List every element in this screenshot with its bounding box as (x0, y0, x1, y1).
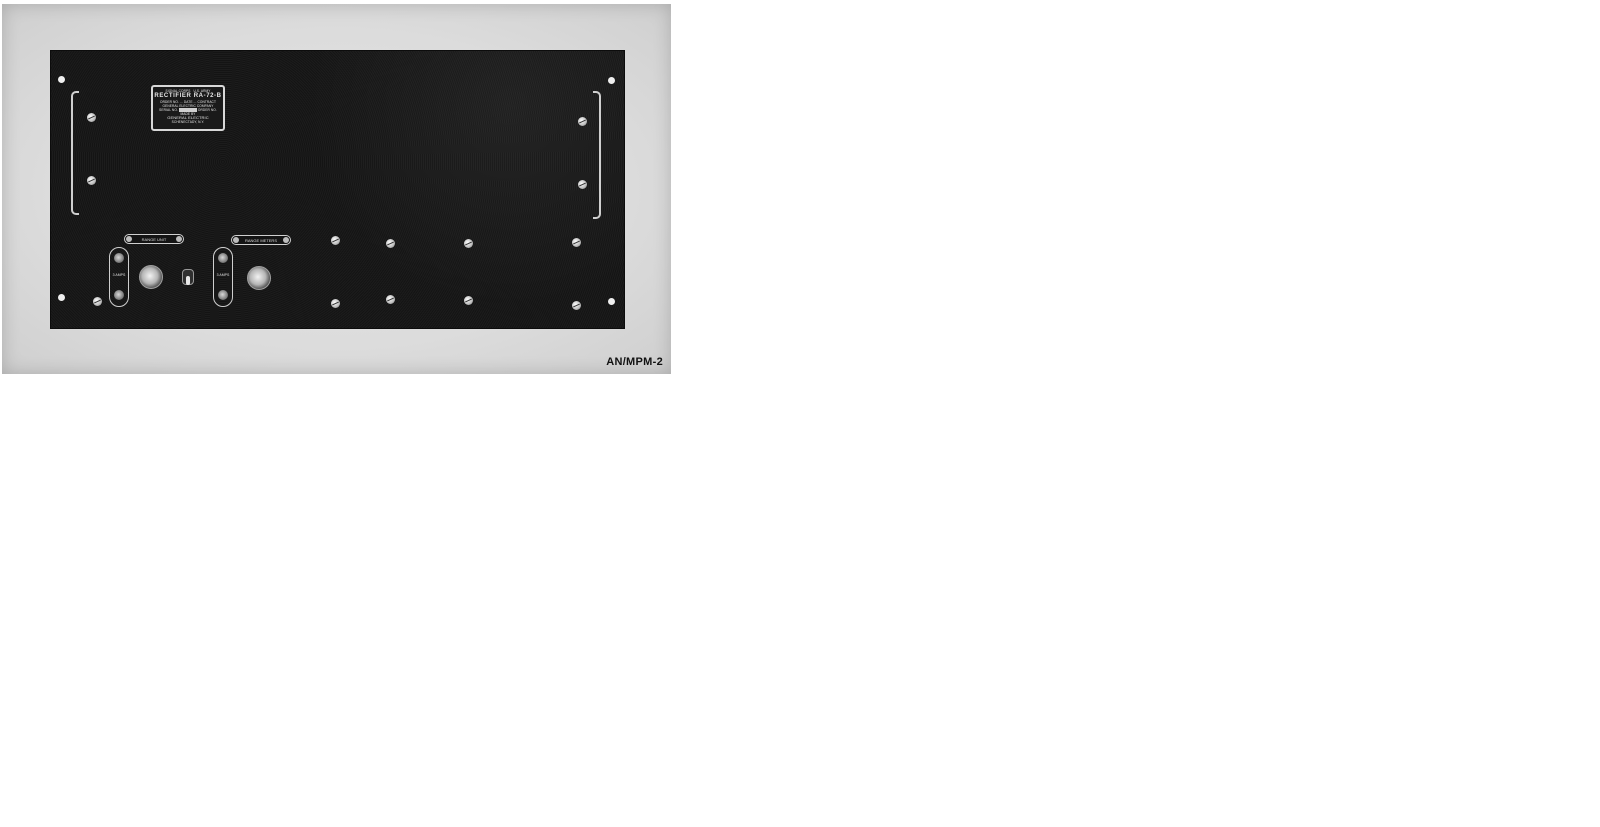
range-unit-pilot-light (139, 265, 163, 289)
fuse-rating: 3 AMPS (214, 273, 232, 277)
rectifier-front-panel: SIGNAL CORPS U.S. ARMY RECTIFIER RA-72-B… (50, 50, 625, 329)
screw-icon (578, 180, 587, 189)
range-meters-label: RANGE METERS (231, 235, 291, 245)
fuse-cap[interactable] (218, 290, 228, 300)
fuse-rating: 3 AMPS (110, 273, 128, 277)
left-handle[interactable] (71, 91, 79, 215)
right-fuse-holder: 3 AMPS (213, 247, 233, 307)
range-unit-label-text: RANGE UNIT (142, 237, 167, 242)
nameplate-title: RECTIFIER RA-72-B (153, 93, 223, 100)
screw-icon (386, 295, 395, 304)
power-toggle-switch[interactable] (182, 269, 194, 285)
range-unit-label: RANGE UNIT (124, 234, 184, 244)
screw-icon (572, 301, 581, 310)
equipment-photo: SIGNAL CORPS U.S. ARMY RECTIFIER RA-72-B… (2, 4, 671, 374)
fuse-cap[interactable] (114, 253, 124, 263)
screw-icon (578, 117, 587, 126)
range-meters-label-text: RANGE METERS (245, 238, 277, 243)
left-fuse-holder: 3 AMPS (109, 247, 129, 307)
fuse-cap[interactable] (218, 253, 228, 263)
nameplate: SIGNAL CORPS U.S. ARMY RECTIFIER RA-72-B… (151, 85, 225, 131)
screw-icon (331, 236, 340, 245)
screw-icon (464, 239, 473, 248)
nameplate-location: SCHENECTADY, N.Y. (153, 120, 223, 124)
screw-icon (464, 296, 473, 305)
fuse-cap[interactable] (114, 290, 124, 300)
mounting-hole (58, 76, 65, 83)
nameplate-serial-label: SERIAL NO. (159, 108, 178, 112)
screw-icon (331, 299, 340, 308)
screw-icon (87, 113, 96, 122)
mounting-hole (608, 77, 615, 84)
screw-icon (386, 239, 395, 248)
nameplate-order-label: ORDER NO. (198, 108, 217, 112)
range-meters-pilot-light (247, 266, 271, 290)
screw-icon (87, 176, 96, 185)
screw-icon (572, 238, 581, 247)
screw-icon (93, 297, 102, 306)
figure-caption: AN/MPM-2 (606, 356, 663, 368)
mounting-hole (608, 298, 615, 305)
right-handle[interactable] (593, 91, 601, 219)
mounting-hole (58, 294, 65, 301)
